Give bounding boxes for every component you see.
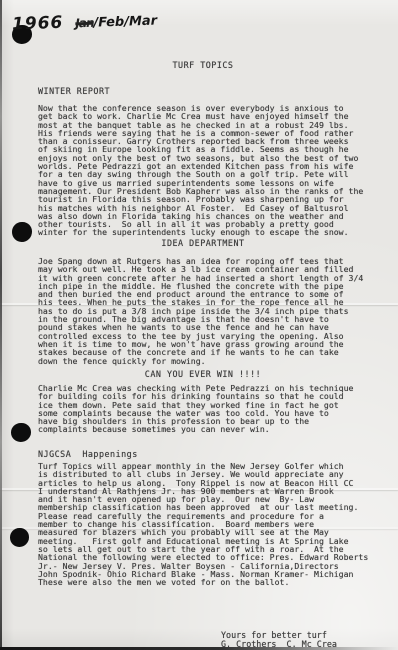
punch-hole-mark [11, 423, 31, 442]
scanned-newsletter-page: 1966Jan/Feb/Mar TURF TOPICS WINTER REPOR… [0, 0, 398, 650]
document-title: TURF TOPICS [38, 60, 368, 70]
section-body-can-you-ever-win: Charlie Mc Crea was checking with Pete P… [38, 384, 353, 434]
section-body-winter-report: Now that the conference season is over e… [38, 104, 363, 237]
scan-edge-left [0, 0, 2, 650]
section-heading-winter-report: WINTER REPORT [38, 86, 110, 96]
section-body-njgcsa-happenings: Turf Topics will appear monthly in the N… [38, 462, 368, 586]
annotation-months: /Feb/Mar [93, 13, 157, 30]
section-heading-can-you-ever-win: CAN YOU EVER WIN !!!! [38, 369, 368, 379]
annotation-struck-month: Jan [75, 16, 94, 31]
punch-hole-mark [12, 222, 32, 242]
section-heading-idea-department: IDEA DEPARTMENT [38, 238, 368, 248]
section-body-idea-department: Joe Spang down at Rutgers has an idea fo… [38, 257, 363, 365]
punch-hole-mark [10, 528, 29, 547]
annotation-year: 1966 [12, 13, 64, 35]
section-heading-njgcsa-happenings: NJGCSA Happenings [38, 449, 138, 459]
